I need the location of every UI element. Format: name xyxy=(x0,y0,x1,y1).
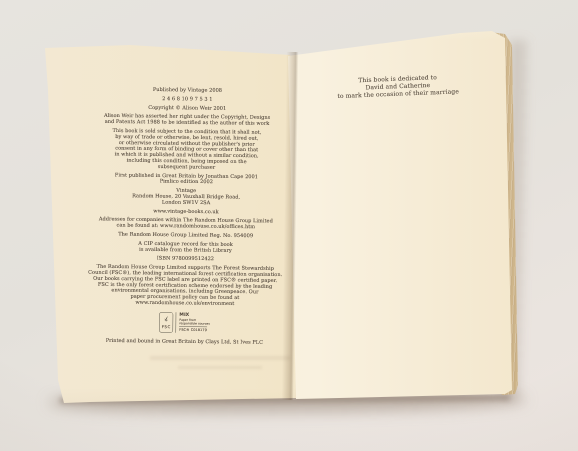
show-through-text xyxy=(178,366,262,369)
text-block: The Random House Group Limited supports … xyxy=(72,264,297,308)
text-line: 2 4 6 8 10 9 7 5 3 1 xyxy=(75,95,300,104)
text-block: VintageRandom House, 20 Vauxhall Bridge … xyxy=(74,187,299,207)
text-block: www.vintage-books.co.uk xyxy=(73,207,298,216)
fsc-mix-panel: MIX Paper fromresponsible sources FSC® C… xyxy=(176,312,210,333)
fsc-acronym: FSC xyxy=(162,324,171,330)
text-block: Alison Weir has asserted her right under… xyxy=(75,113,300,128)
text-block: A CIP catalogue record for this bookis a… xyxy=(73,240,298,255)
fsc-mix-subtitle: Paper fromresponsible sources xyxy=(179,318,210,325)
show-through-text xyxy=(150,356,290,360)
fsc-code: FSC® C018179 xyxy=(179,326,207,333)
text-line: The Random House Group Limited Reg. No. … xyxy=(73,231,298,240)
text-block: Addresses for companies within The Rando… xyxy=(73,216,298,231)
fsc-logo: FSC xyxy=(159,312,173,333)
text-block: This book is sold subject to the conditi… xyxy=(74,127,299,171)
fsc-tree-icon xyxy=(163,315,170,324)
copyright-page-text: Published by Vintage 20082 4 6 8 10 9 7 … xyxy=(72,86,300,346)
imprint-blocks: Published by Vintage 20082 4 6 8 10 9 7 … xyxy=(72,86,300,308)
text-block: Copyright © Alison Weir 2001 xyxy=(75,104,300,113)
text-line: www.vintage-books.co.uk xyxy=(73,207,298,216)
text-block: ISBN 9780099512422 xyxy=(73,255,298,264)
text-line: responsible sources xyxy=(179,322,210,326)
fsc-label: FSC MIX Paper fromresponsible sources FS… xyxy=(159,312,210,333)
book-photo-scene: Published by Vintage 20082 4 6 8 10 9 7 … xyxy=(0,0,578,451)
text-line: ISBN 9780099512422 xyxy=(73,255,298,264)
text-block: First published in Great Britain by Jona… xyxy=(74,172,299,187)
text-line: Copyright © Alison Weir 2001 xyxy=(75,104,300,113)
text-block: The Random House Group Limited Reg. No. … xyxy=(73,231,298,240)
text-block: 2 4 6 8 10 9 7 5 3 1 xyxy=(75,95,300,104)
